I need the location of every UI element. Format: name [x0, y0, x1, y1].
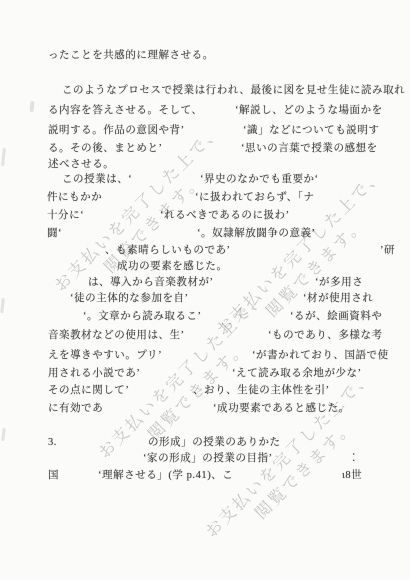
- text-fragment: に有効であ: [48, 403, 103, 415]
- text-fragment: 音楽教材などの使用は、生ʼ: [48, 330, 185, 342]
- text-fragment: ʻ思いの言葉で授業の感想を: [241, 143, 378, 155]
- text-fragment: ったことを共感的に理解させる。: [48, 50, 214, 62]
- text-fragment: 件にもかか: [47, 192, 102, 204]
- text-fragment: 闘ʻ: [47, 228, 62, 240]
- text-fragment: このようなプロセスで授業は行われ、最後に図を見せ生徒に読み取れ: [62, 85, 405, 97]
- text-fragment: えを導きやすい。プリʼ: [48, 350, 162, 362]
- scan-smudge: [1, 428, 5, 441]
- scan-smudge: [29, 101, 34, 112]
- text-fragment: ʼ研: [380, 245, 395, 257]
- text-fragment: ʻ識」などについても説明す: [243, 125, 379, 137]
- text-fragment: ι8世: [342, 470, 362, 482]
- text-fragment: 国: [48, 470, 59, 482]
- text-fragment: ʻ家の形成」の授業の目指ʼ: [143, 453, 273, 465]
- text-fragment: ʻ。文章から読み取るこʼ: [83, 311, 202, 323]
- text-fragment: その点に関してʼ: [48, 385, 129, 397]
- text-fragment: ʻ。奴隷解放闘争の意義ʼ: [197, 228, 316, 240]
- text-fragment: ʻえて読み取る余地が少なʼ: [232, 368, 362, 380]
- text-fragment: 成功の要素を感じた。: [117, 261, 228, 273]
- text-fragment: 述べさせる。: [48, 159, 114, 171]
- text-fragment: ʻが書かれており、国語で使: [252, 350, 389, 362]
- text-fragment: 、も素晴らしいものであʼ: [105, 245, 231, 257]
- text-fragment: の形成」の授業のありかた: [148, 437, 281, 449]
- scan-smudge: [1, 148, 6, 166]
- scan-smudge: [0, 298, 5, 313]
- text-fragment: ʻ理解させる」(学 p.41)、こ: [98, 470, 233, 482]
- text-fragment: る内容を答えさせる。そして、: [48, 105, 203, 117]
- text-fragment: 用される小説であʼ: [48, 368, 140, 380]
- text-fragment: ʻ徒の主体的な参加を自ʼ: [70, 293, 189, 305]
- text-fragment: は、導入から音楽教材がʼ: [88, 277, 214, 289]
- text-fragment: ʻ材が使用され: [303, 293, 373, 305]
- text-fragment: ʻ界史のなかでも重要かʻ: [200, 174, 319, 186]
- text-fragment: 、おり、生徒の主体性を引ʼ: [193, 385, 330, 397]
- text-fragment: 十分にʻ: [47, 210, 84, 222]
- text-fragment: ʻるが、絵画資料や: [290, 311, 382, 323]
- text-fragment: ⁚: [352, 453, 356, 465]
- text-fragment: る。その後、まとめとʼ: [48, 143, 163, 155]
- text-fragment: 3.: [48, 437, 57, 449]
- text-fragment: ʻ成功要素であると感じた。: [213, 403, 350, 415]
- text-fragment: ʻものであり、多様な考: [268, 330, 383, 342]
- text-fragment: ʻ解説し、どのような場面かを: [235, 105, 383, 117]
- text-fragment: ʻれるべきであるのに扱わʼ: [160, 210, 290, 222]
- watermark-line: 閲覧できます。: [60, 130, 248, 318]
- document-page: ったことを共感的に理解させる。このようなプロセスで授業は行われ、最後に図を見せ生…: [0, 0, 410, 580]
- text-fragment: この授業は、ʻ: [62, 174, 132, 186]
- text-fragment: 説明する。作品の意図や背ʼ: [48, 125, 185, 137]
- text-fragment: ʻに扱われておらず、「ナ: [195, 192, 315, 204]
- text-fragment: ʻが多用さ: [315, 277, 363, 289]
